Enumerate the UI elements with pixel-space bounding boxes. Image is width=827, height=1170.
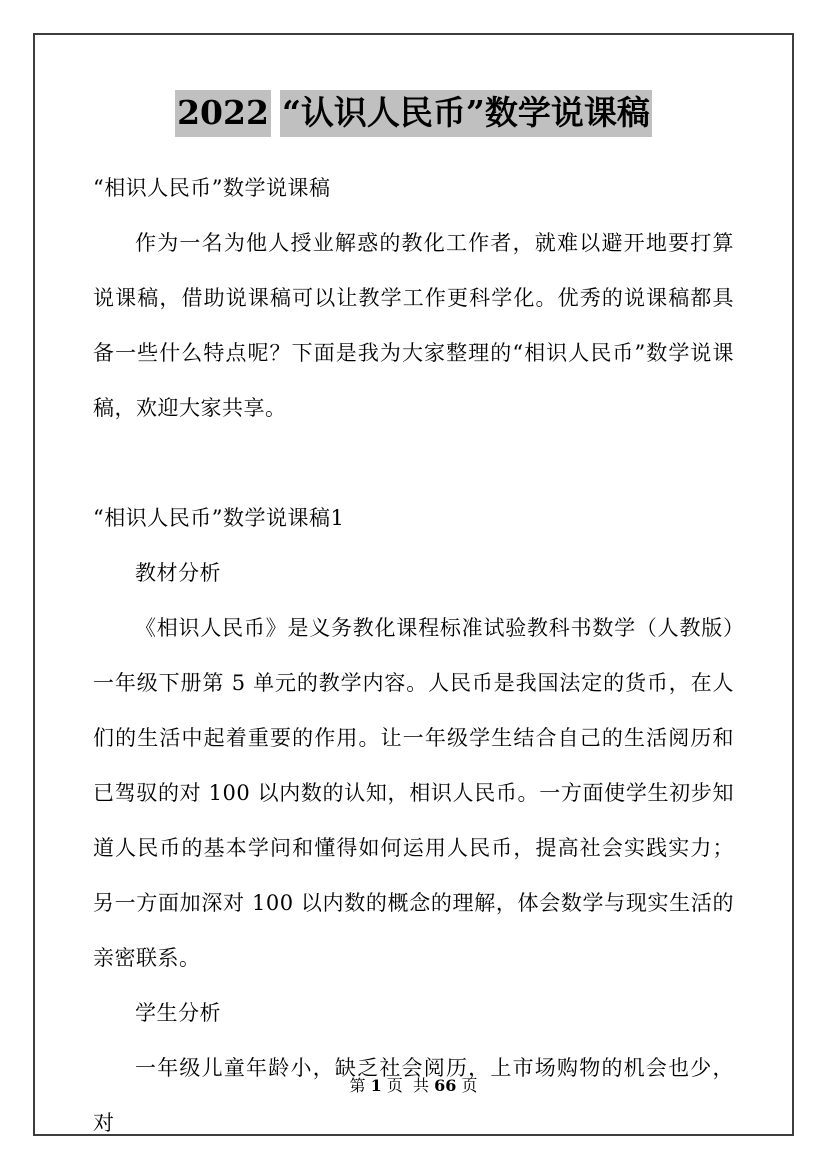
footer-page-label: 第: [350, 1076, 371, 1095]
paragraph-intro: 作为一名为他人授业解惑的教化工作者，就难以避开地要打算说课稿，借助说课稿可以让教…: [93, 216, 734, 436]
paragraph-material-analysis-heading: 教材分析: [93, 546, 734, 601]
footer-current-page: 1: [371, 1076, 382, 1095]
page-footer: 第 1 页 共 66 页: [35, 1073, 792, 1096]
document-title: 2022“认识人民币”数学说课稿: [93, 89, 734, 137]
blank-line: [93, 436, 734, 491]
paragraph-subtitle: “相识人民币”数学说课稿: [93, 161, 734, 216]
document-page: 2022“认识人民币”数学说课稿 “相识人民币”数学说课稿 作为一名为他人授业解…: [33, 33, 794, 1136]
footer-middle-label: 页 共: [382, 1076, 434, 1095]
paragraph-student-analysis-body: 一年级儿童年龄小，缺乏社会阅历，上市场购物的机会也少，对: [93, 1041, 734, 1151]
title-highlight-main: “认识人民币”数学说课稿: [280, 90, 652, 137]
paragraph-material-analysis-body: 《相识人民币》是义务教化课程标准试验教科书数学（人教版）一年级下册第 5 单元的…: [93, 601, 734, 986]
paragraph-student-analysis-heading: 学生分析: [93, 986, 734, 1041]
footer-total-pages: 66: [434, 1076, 456, 1095]
footer-end-label: 页: [456, 1076, 477, 1095]
title-highlight-year: 2022: [175, 90, 271, 137]
paragraph-section-heading: “相识人民币”数学说课稿1: [93, 491, 734, 546]
